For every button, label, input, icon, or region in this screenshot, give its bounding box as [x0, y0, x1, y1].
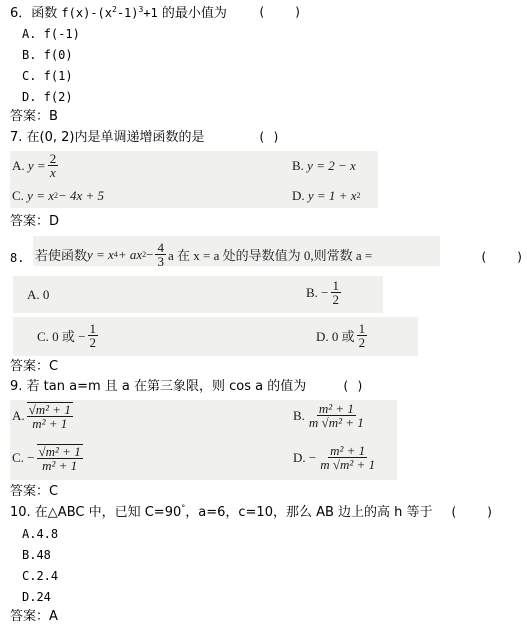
q8-c-label: C. 0 或 −	[37, 326, 86, 345]
q9-d-den: m √m² + 1	[318, 458, 377, 471]
q7-answer: 答案：D	[10, 214, 59, 230]
q7-a-label: A.	[12, 158, 25, 174]
q8-d-label: D. 0 或	[316, 326, 355, 345]
q8-stem-c: + ax	[118, 247, 142, 263]
q6-option-d: D. f(2)	[22, 89, 73, 105]
q6-formula-b: -1)	[117, 6, 139, 20]
q8-answer: 答案：C	[10, 359, 58, 375]
q8-stem-e: a 在 x = a 处的导数值为 0,则常数 a =	[168, 245, 372, 264]
q7-b-label: B.	[292, 158, 304, 174]
q8-options-cd-scan: C. 0 或 − 12 D. 0 或 12	[13, 317, 418, 356]
q9-b-den: m √m² + 1	[307, 416, 366, 429]
q10-option-a: A.4.8	[22, 526, 58, 542]
q6-option-b: B. f(0)	[22, 47, 73, 63]
q7-c-label: C.	[12, 188, 24, 204]
q8-d-den: 2	[357, 336, 368, 349]
q6-formula-a: f(x)-(x	[61, 6, 112, 20]
q9-options-scan: A. √m² + 1m² + 1 B. m² + 1m √m² + 1 C. −…	[10, 400, 397, 480]
question-6-stem: 6．函数 f(x)-(x2-1)3+1 的最小值为	[10, 5, 227, 22]
q10-stem-a: 10. 在△ABC 中，已知 C=90	[10, 505, 181, 520]
q8-stem-scan: 若使函数 y = x4 + ax2 − 43 a 在 x = a 处的导数值为 …	[33, 236, 440, 266]
q7-d-expr: y = 1 + x	[308, 188, 357, 204]
q9-a-label: A.	[12, 408, 25, 424]
q7-c-expr-b: − 4x + 5	[58, 188, 104, 204]
q7-d-label: D.	[292, 188, 305, 204]
q7-options-scan: A. y = 2x B. y = 2 − x C. y = x2 − 4x + …	[10, 151, 378, 208]
q9-b-num: m² + 1	[317, 402, 356, 416]
q8-frac-num: 4	[155, 241, 166, 255]
q6-option-a: A. f(-1)	[22, 26, 80, 42]
q7-option-c: C. y = x2 − 4x + 5	[12, 188, 104, 204]
q8-option-d: D. 0 或 12	[316, 322, 369, 349]
q7-a-fraction: 2x	[48, 152, 59, 179]
q8-options-ab-scan: A. 0 B. − 12	[13, 276, 383, 313]
q9-answer-bracket: ( )	[342, 379, 364, 393]
q8-c-fraction: 12	[88, 322, 99, 349]
q8-c-den: 2	[88, 336, 99, 349]
q9-a-num: √m² + 1	[27, 402, 73, 417]
q10-option-b: B.48	[22, 547, 51, 563]
question-9-stem: 9. 若 tan a=m 且 a 在第三象限，则 cos a 的值为	[10, 379, 306, 395]
question-10-stem: 10. 在△ABC 中，已知 C=90°，a=6，c=10，那么 AB 边上的高…	[10, 505, 433, 521]
question-7-stem: 7. 在(0, 2)内是单调递增函数的是	[10, 130, 205, 146]
q8-b-fraction: 12	[331, 279, 342, 306]
q7-option-d: D. y = 1 + x2	[292, 188, 360, 204]
q8-b-label: B. −	[306, 285, 329, 301]
q9-b-fraction: m² + 1m √m² + 1	[307, 402, 366, 429]
q9-a-den: m² + 1	[30, 417, 69, 430]
q10-option-d: D.24	[22, 589, 51, 605]
q6-option-c: C. f(1)	[22, 68, 73, 84]
q7-c-expr-a: y = x	[27, 188, 54, 204]
question-8-stem: 若使函数 y = x4 + ax2 − 43 a 在 x = a 处的导数值为 …	[35, 241, 372, 268]
q8-option-a: A. 0	[27, 287, 49, 303]
q8-b-num: 1	[331, 279, 342, 293]
q6-formula-c: +1	[143, 6, 157, 20]
q7-a-num: 2	[48, 152, 59, 166]
q9-d-fraction: m² + 1m √m² + 1	[318, 444, 377, 471]
q9-option-a: A. √m² + 1m² + 1	[12, 402, 75, 430]
q9-option-d: D. − m² + 1m √m² + 1	[293, 444, 379, 471]
q10-answer-bracket: ( )	[450, 505, 493, 519]
q9-d-label: D. −	[293, 450, 316, 466]
q8-c-num: 1	[88, 322, 99, 336]
q9-b-label: B.	[293, 408, 305, 424]
q8-number: 8.	[10, 250, 24, 266]
q7-option-a: A. y = 2x	[12, 152, 60, 179]
q8-b-den: 2	[331, 293, 342, 306]
q9-answer: 答案：C	[10, 484, 58, 500]
q8-d-fraction: 12	[357, 322, 368, 349]
q7-answer-bracket: ( )	[258, 130, 280, 144]
q9-c-num: √m² + 1	[37, 444, 83, 459]
q8-stem-d: −	[146, 247, 153, 263]
q9-c-label: C. −	[12, 450, 35, 466]
q6-stem-suffix: 的最小值为	[158, 6, 227, 21]
q8-option-c: C. 0 或 − 12	[37, 322, 100, 349]
q8-frac-den: 3	[155, 255, 166, 268]
q7-option-b: B. y = 2 − x	[292, 158, 356, 174]
q9-d-num: m² + 1	[328, 444, 367, 458]
q9-c-fraction: √m² + 1m² + 1	[37, 444, 83, 472]
q7-a-lhs: y =	[28, 158, 46, 174]
q6-answer-bracket: ( )	[258, 5, 301, 19]
q7-b-expr: y = 2 − x	[307, 158, 356, 174]
q8-d-num: 1	[357, 322, 368, 336]
q9-c-den: m² + 1	[40, 459, 79, 472]
q9-option-b: B. m² + 1m √m² + 1	[293, 402, 368, 429]
q8-option-b: B. − 12	[306, 279, 343, 306]
q7-a-den: x	[48, 166, 58, 179]
q6-stem-prefix: 6．函数	[10, 6, 61, 21]
q9-a-fraction: √m² + 1m² + 1	[27, 402, 73, 430]
q10-answer: 答案：A	[10, 609, 58, 625]
q10-stem-b: ，a=6，c=10，那么 AB 边上的高 h 等于	[185, 505, 432, 520]
q9-option-c: C. − √m² + 1m² + 1	[12, 444, 85, 472]
q6-answer: 答案：B	[10, 109, 58, 125]
q8-stem-fraction: 43	[155, 241, 166, 268]
q8-stem-a: 若使函数	[35, 245, 87, 264]
q8-answer-bracket: ( )	[480, 250, 523, 264]
q8-stem-b: y = x	[87, 247, 114, 263]
q10-option-c: C.2.4	[22, 568, 58, 584]
